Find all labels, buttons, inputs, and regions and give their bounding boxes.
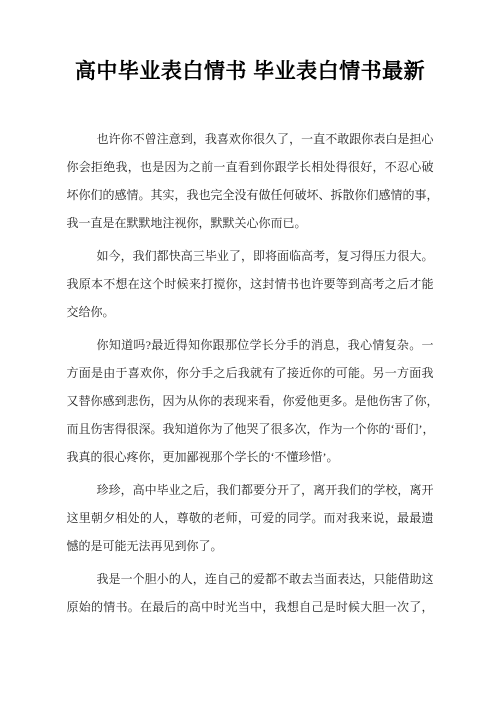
text-line: 方面是由于喜欢你，你分手之后我就有了接近你的可能。另一方面我 <box>67 359 434 387</box>
text-line: 珍珍，高中毕业之后，我们都要分开了，离开我们的学校，离开 <box>67 476 434 504</box>
text-line: 我一直是在默默地注视你，默默关心你而已。 <box>67 209 434 237</box>
text-line: 你会拒绝我，也是因为之前一直看到你跟学长相处得很好，不忍心破 <box>67 153 434 181</box>
document-title: 高中毕业表白情书 毕业表白情书最新 <box>0 0 500 87</box>
paragraph: 你知道吗?最近得知你跟那位学长分手的消息，我心情复杂。一 方面是由于喜欢你，你分… <box>67 331 434 471</box>
text-line: 坏你们的感情。其实，我也完全没有做任何破坏、拆散你们感情的事， <box>67 181 434 209</box>
text-line: 我真的很心疼你，更加鄙视那个学长的‘不懂珍惜’。 <box>67 443 434 471</box>
paragraph: 也许你不曾注意到，我喜欢你很久了，一直不敢跟你表白是担心 你会拒绝我，也是因为之… <box>67 125 434 237</box>
document-page: 高中毕业表白情书 毕业表白情书最新 也许你不曾注意到，我喜欢你很久了，一直不敢跟… <box>0 0 500 707</box>
text-line: 原始的情书。在最后的高中时光当中，我想自己是时候大胆一次了， <box>67 593 434 621</box>
text-line: 又替你感到悲伤，因为从你的表现来看，你爱他更多。是他伤害了你， <box>67 387 434 415</box>
paragraph: 珍珍，高中毕业之后，我们都要分开了，离开我们的学校，离开 这里朝夕相处的人，尊敬… <box>67 476 434 560</box>
text-line: 憾的是可能无法再见到你了。 <box>67 532 434 560</box>
text-line: 你知道吗?最近得知你跟那位学长分手的消息，我心情复杂。一 <box>67 331 434 359</box>
text-line: 我原本不想在这个时候来打搅你，这封情书也许要等到高考之后才能 <box>67 270 434 298</box>
text-line: 交给你。 <box>67 298 434 326</box>
paragraph: 如今，我们都快高三毕业了，即将面临高考，复习得压力很大。 我原本不想在这个时候来… <box>67 242 434 326</box>
text-line: 如今，我们都快高三毕业了，即将面临高考，复习得压力很大。 <box>67 242 434 270</box>
text-line: 这里朝夕相处的人，尊敬的老师，可爱的同学。而对我来说，最最遗 <box>67 504 434 532</box>
text-line: 我是一个胆小的人，连自己的爱都不敢去当面表达，只能借助这 <box>67 565 434 593</box>
text-line: 而且伤害得很深。我知道你为了他哭了很多次，作为一个你的‘哥们’， <box>67 415 434 443</box>
document-body: 也许你不曾注意到，我喜欢你很久了，一直不敢跟你表白是担心 你会拒绝我，也是因为之… <box>67 125 434 621</box>
text-line: 也许你不曾注意到，我喜欢你很久了，一直不敢跟你表白是担心 <box>67 125 434 153</box>
paragraph: 我是一个胆小的人，连自己的爱都不敢去当面表达，只能借助这 原始的情书。在最后的高… <box>67 565 434 621</box>
